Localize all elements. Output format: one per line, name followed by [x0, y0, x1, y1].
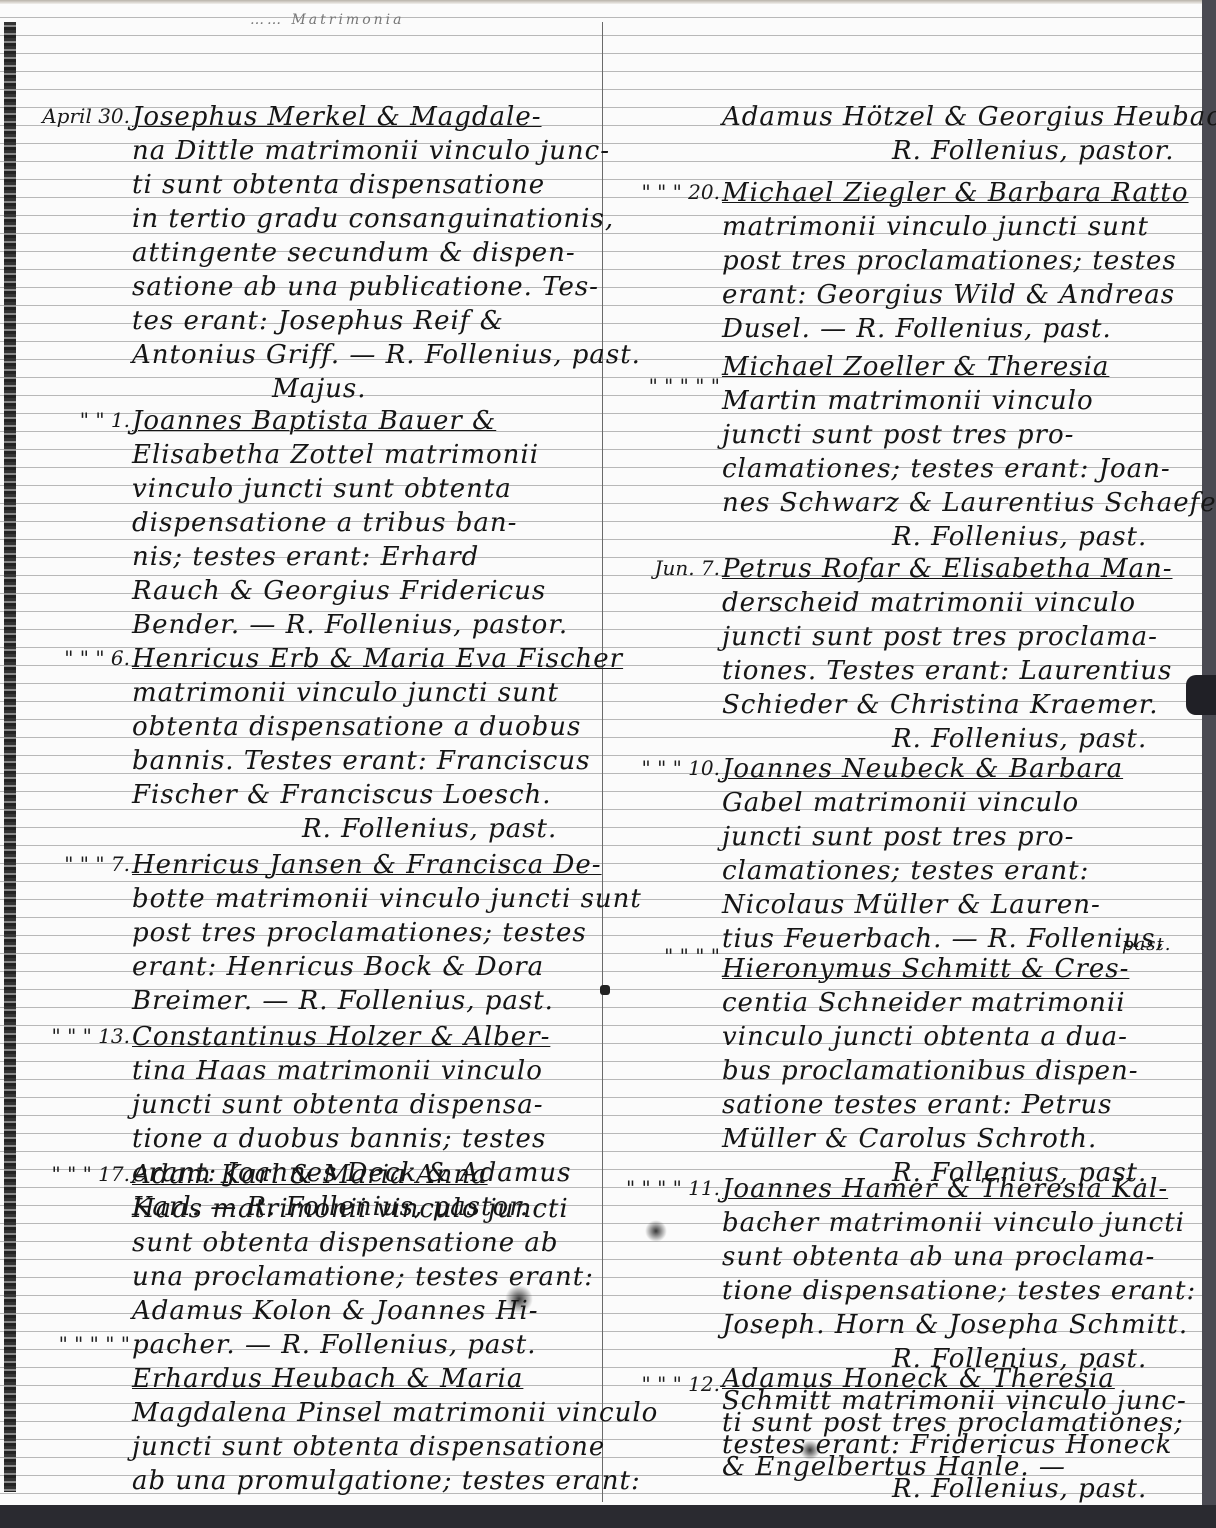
- entry-line: satione testes erant: Petrus: [722, 1088, 1197, 1122]
- entry-text: Adam Karl & Maria Anna Haas matrimonii v…: [132, 1158, 597, 1498]
- entry-text: Joannes Hamer & Theresia Kal- bacher mat…: [722, 1172, 1197, 1376]
- entry-line: attingente secundum & dispen-: [132, 236, 597, 270]
- entry-line: juncti sunt obtenta dispensa-: [132, 1088, 597, 1122]
- entry-line: una proclamatione; testes erant:: [132, 1260, 597, 1294]
- entry-line: matrimonii vinculo juncti sunt: [722, 210, 1197, 244]
- entry-line: Martin matrimonii vinculo: [722, 384, 1197, 418]
- entry-line: Hieronymus Schmitt & Cres-: [722, 952, 1197, 986]
- entry-date: " " " " ": [612, 374, 720, 398]
- entry-date: " " " 10.: [612, 756, 720, 780]
- entry-line: Magdalena Pinsel matrimonii vinculo: [132, 1396, 597, 1430]
- page-header-fragment: …… Matrimonia: [250, 12, 404, 28]
- entry-line: Henricus Jansen & Francisca De-: [132, 848, 597, 882]
- entry-line: matrimonii vinculo juncti sunt: [132, 676, 597, 710]
- entry-line: juncti sunt post tres pro-: [722, 418, 1197, 452]
- scan-bottom-band: [0, 1505, 1216, 1528]
- entry-line: Joannes Hamer & Theresia Kal-: [722, 1172, 1197, 1206]
- entry-line: Elisabetha Zottel matrimonii: [132, 438, 597, 472]
- entry-text: Henricus Jansen & Francisca De- botte ma…: [132, 848, 597, 1018]
- entry-line: Schieder & Christina Kraemer.: [722, 688, 1197, 722]
- entry-line: vinculo juncti obtenta a dua-: [722, 1020, 1197, 1054]
- entry-line: Joannes Baptista Bauer &: [132, 404, 597, 438]
- entry-line: Rauch & Georgius Fridericus: [132, 574, 597, 608]
- entry-line: Josephus Merkel & Magdale-: [132, 100, 597, 134]
- entry-text: Joannes Baptista Bauer & Elisabetha Zott…: [132, 404, 597, 642]
- ink-blot: [600, 985, 610, 995]
- entry-date: " " " 6.: [22, 646, 130, 670]
- entry-line: erant: Henricus Bock & Dora: [132, 950, 597, 984]
- entry-line: Müller & Carolus Schroth.: [722, 1122, 1197, 1156]
- entry-line: Adamus Kolon & Joannes Hi-: [132, 1294, 597, 1328]
- entry-line: pacher. — R. Follenius, past.: [132, 1328, 597, 1362]
- entry-line: botte matrimonii vinculo juncti sunt: [132, 882, 597, 916]
- entry-line: in tertio gradu consanguinationis,: [132, 202, 597, 236]
- entry-date: " " " ": [612, 944, 720, 968]
- entry-line: Joannes Neubeck & Barbara: [722, 752, 1197, 786]
- entry-line: Haas matrimonii vinculo juncti: [132, 1192, 597, 1226]
- pastor-signature: R. Follenius, past.: [132, 812, 597, 846]
- entry-line: Erhardus Heubach & Maria: [132, 1362, 597, 1396]
- pastor-signature: R. Follenius, pastor.: [722, 134, 1197, 168]
- entry-line: erant: Georgius Wild & Andreas: [722, 278, 1197, 312]
- entry-line: juncti sunt post tres pro-: [722, 820, 1197, 854]
- entry-line: ab una promulgatione; testes erant:: [132, 1464, 597, 1498]
- entry-line: post tres proclamationes; testes: [722, 244, 1197, 278]
- entry-text: Henricus Erb & Maria Eva Fischer matrimo…: [132, 642, 597, 846]
- entry-line: tina Haas matrimonii vinculo: [132, 1054, 597, 1088]
- entry-line: Fischer & Franciscus Loesch.: [132, 778, 597, 812]
- entry-line: Dusel. — R. Follenius, past.: [722, 312, 1197, 346]
- pastor-signature: past.: [722, 938, 1197, 952]
- entry-date: " " " 12.: [612, 1372, 720, 1396]
- entry-line: nis; testes erant: Erhard: [132, 540, 597, 574]
- entry-date: " " " 13.: [22, 1024, 130, 1048]
- entry-line: tione dispensatione; testes erant:: [722, 1274, 1197, 1308]
- entry-date: " " " 20.: [612, 180, 720, 204]
- entry-line: post tres proclamationes; testes: [132, 916, 597, 950]
- ink-smudge: [645, 1220, 667, 1242]
- entry-line: Breimer. — R. Follenius, past.: [132, 984, 597, 1018]
- entry-line: Michael Zoeller & Theresia: [722, 350, 1197, 384]
- entry-date: " " " " ": [22, 1332, 130, 1356]
- entry-text: Michael Zoeller & Theresia Martin matrim…: [722, 350, 1197, 554]
- entry-date: " " 1.: [22, 408, 130, 432]
- entry-line: bus proclamationibus dispen-: [722, 1054, 1197, 1088]
- entry-line: clamationes; testes erant: Joan-: [722, 452, 1197, 486]
- entry-line: na Dittle matrimonii vinculo junc-: [132, 134, 597, 168]
- entry-line: Petrus Rofar & Elisabetha Man-: [722, 552, 1197, 586]
- entry-line: derscheid matrimonii vinculo: [722, 586, 1197, 620]
- entry-line: bannis. Testes erant: Franciscus: [132, 744, 597, 778]
- entry-line: juncti sunt post tres proclama-: [722, 620, 1197, 654]
- entry-text: Joannes Neubeck & Barbara Gabel matrimon…: [722, 752, 1197, 956]
- entry-line: tione a duobus bannis; testes: [132, 1122, 597, 1156]
- entry-line: sunt obtenta dispensatione ab: [132, 1226, 597, 1260]
- entry-date: " " " " 11.: [612, 1176, 720, 1200]
- entry-line: Joseph. Horn & Josepha Schmitt.: [722, 1308, 1197, 1342]
- pastor-signature: R. Follenius, past.: [722, 722, 1197, 756]
- entry-line: Nicolaus Müller & Lauren-: [722, 888, 1197, 922]
- register-page: …… Matrimonia April 30. Josephus Merkel …: [0, 0, 1216, 1528]
- entry-line: dispensatione a tribus ban-: [132, 506, 597, 540]
- entry-line: Henricus Erb & Maria Eva Fischer: [132, 642, 597, 676]
- entry-line: sunt obtenta ab una proclama-: [722, 1240, 1197, 1274]
- entry-line: ti sunt obtenta dispensatione: [132, 168, 597, 202]
- entry-line: centia Schneider matrimonii: [722, 986, 1197, 1020]
- entry-line: Michael Ziegler & Barbara Ratto: [722, 176, 1197, 210]
- scan-top-shadow: [0, 0, 1216, 4]
- entry-line: obtenta dispensatione a duobus: [132, 710, 597, 744]
- entry-line: tes erant: Josephus Reif &: [132, 304, 597, 338]
- entry-line: Adamus Hötzel & Georgius Heubach.: [722, 100, 1197, 134]
- entry-text: Josephus Merkel & Magdale- na Dittle mat…: [132, 100, 597, 372]
- entry-date: April 30.: [22, 104, 130, 128]
- entry-line: Gabel matrimonii vinculo: [722, 786, 1197, 820]
- pastor-signature: R. Follenius, past.: [722, 520, 1197, 554]
- entry-line: Antonius Griff. — R. Follenius, past.: [132, 338, 597, 372]
- entry-text: Michael Ziegler & Barbara Ratto matrimon…: [722, 176, 1197, 346]
- entry-line: nes Schwarz & Laurentius Schaefer.: [722, 486, 1197, 520]
- entry-line: tiones. Testes erant: Laurentius: [722, 654, 1197, 688]
- entry-date: " " " 7.: [22, 852, 130, 876]
- entry-line: satione ab una publicatione. Tes-: [132, 270, 597, 304]
- entry-line: Adam Karl & Maria Anna: [132, 1158, 597, 1192]
- entry-text: Petrus Rofar & Elisabetha Man- derscheid…: [722, 552, 1197, 756]
- entry-date: " " " 17.: [22, 1162, 130, 1186]
- entry-line: Bender. — R. Follenius, pastor.: [132, 608, 597, 642]
- entry-text: Adamus Hötzel & Georgius Heubach. R. Fol…: [722, 100, 1197, 168]
- entry-date: Jun. 7.: [612, 556, 720, 580]
- entry-text: Adamus Honeck & Theresia Schmitt matrimo…: [722, 1368, 1197, 1500]
- scan-right-edge: [1202, 0, 1216, 1528]
- entry-line: juncti sunt obtenta dispensatione: [132, 1430, 597, 1464]
- binding-edge: [4, 22, 16, 1492]
- entry-line: clamationes; testes erant:: [722, 854, 1197, 888]
- month-label: Majus.: [132, 372, 597, 406]
- entry-line: vinculo juncti sunt obtenta: [132, 472, 597, 506]
- entry-line: Constantinus Holzer & Alber-: [132, 1020, 597, 1054]
- column-divider: [602, 22, 603, 1502]
- entry-text: past. Hieronymus Schmitt & Cres- centia …: [722, 938, 1197, 1190]
- entry-line: bacher matrimonii vinculo juncti: [722, 1206, 1197, 1240]
